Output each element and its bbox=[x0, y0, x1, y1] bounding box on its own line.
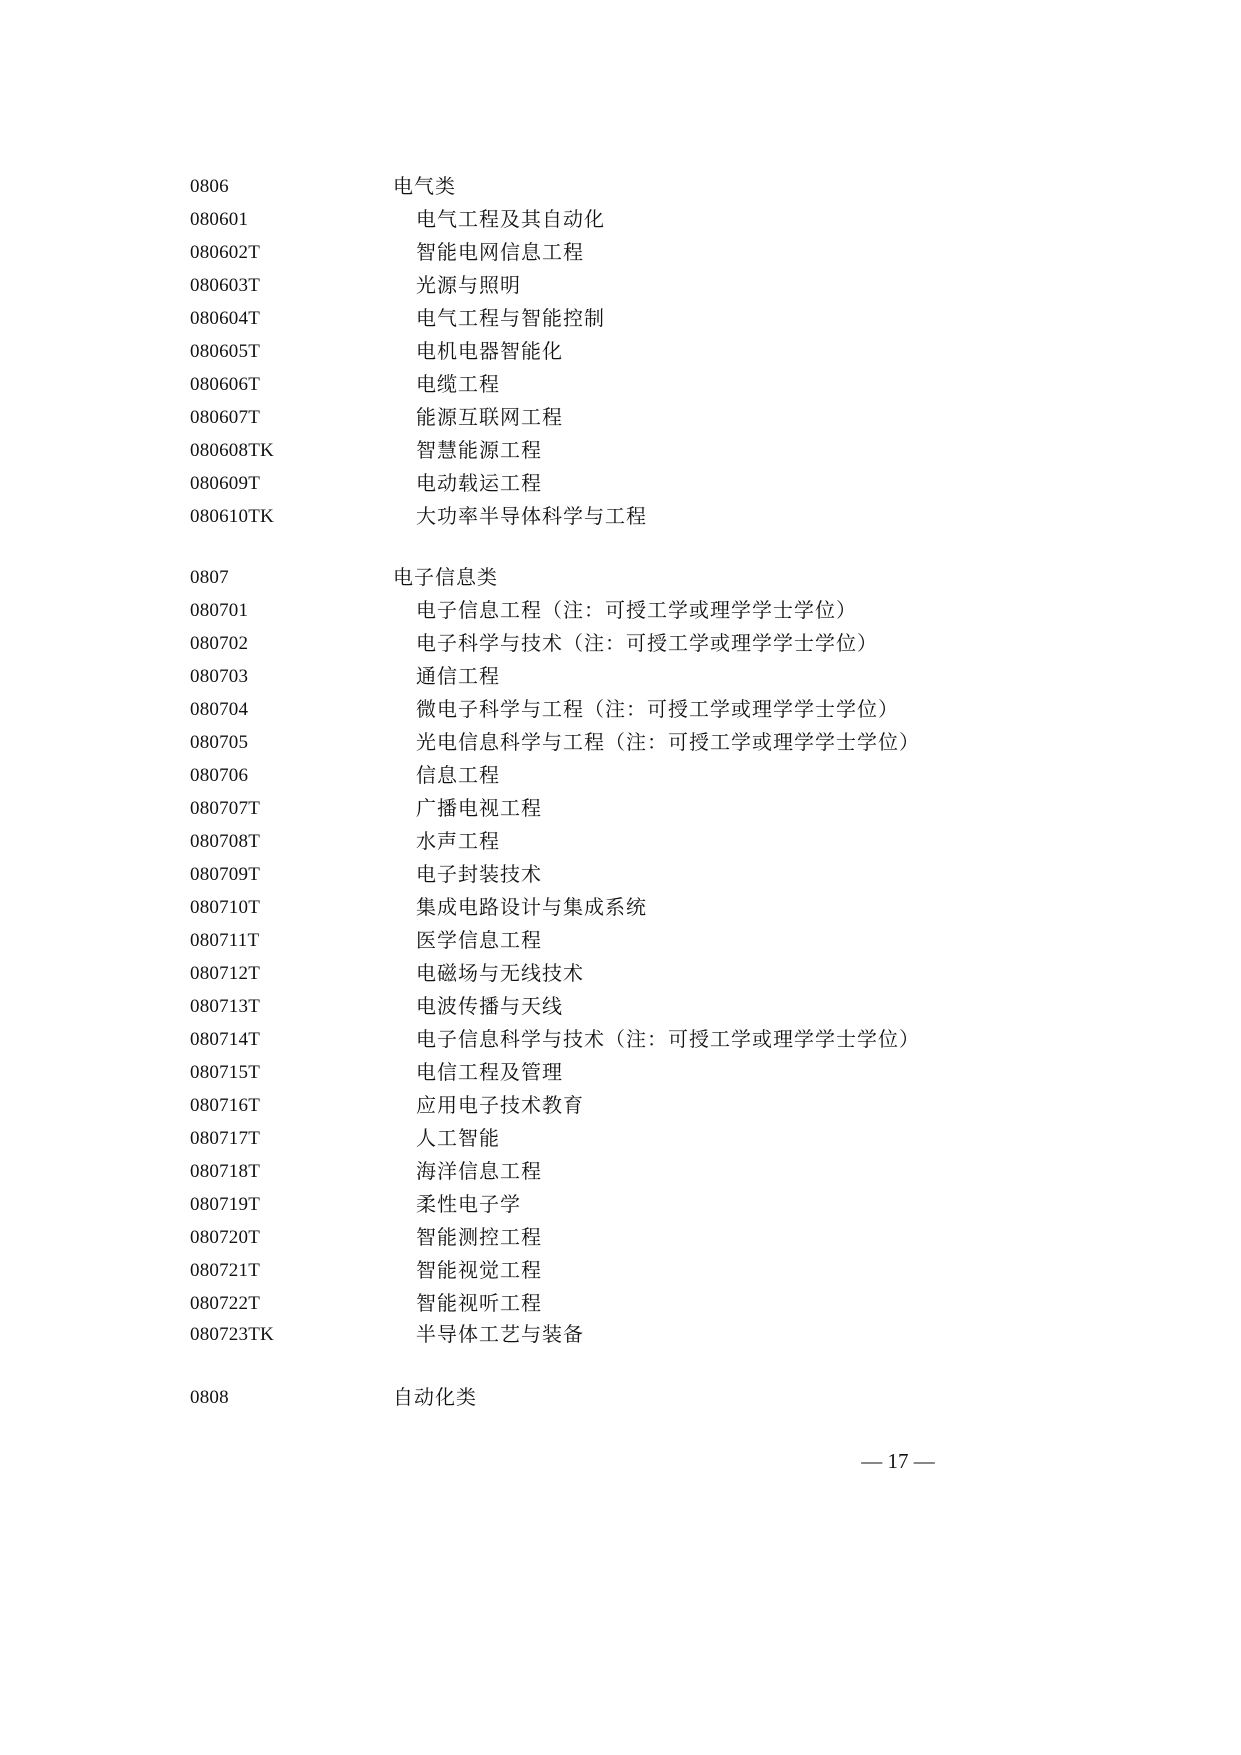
major-row: 080609T 电动载运工程 bbox=[0, 467, 1241, 500]
major-code: 080723TK bbox=[190, 1318, 274, 1351]
major-row: 080719T 柔性电子学 bbox=[0, 1188, 1241, 1221]
category-row: 0807 电子信息类 bbox=[0, 561, 1241, 594]
major-row: 080701 电子信息工程（注：可授工学或理学学士学位） bbox=[0, 594, 1241, 627]
major-code: 080606T bbox=[190, 368, 260, 401]
major-row: 080603T 光源与照明 bbox=[0, 269, 1241, 302]
major-code: 080715T bbox=[190, 1056, 260, 1089]
major-name: 电缆工程 bbox=[416, 368, 500, 401]
major-row: 080704 微电子科学与工程（注：可授工学或理学学士学位） bbox=[0, 693, 1241, 726]
category-name: 电气类 bbox=[393, 170, 456, 203]
major-name: 电信工程及管理 bbox=[416, 1056, 563, 1089]
major-row: 080605T 电机电器智能化 bbox=[0, 335, 1241, 368]
major-name: 光电信息科学与工程（注：可授工学或理学学士学位） bbox=[416, 726, 920, 759]
major-name: 光源与照明 bbox=[416, 269, 521, 302]
major-name: 半导体工艺与装备 bbox=[416, 1318, 584, 1351]
major-row: 080720T 智能测控工程 bbox=[0, 1221, 1241, 1254]
major-code: 080719T bbox=[190, 1188, 260, 1221]
major-name: 通信工程 bbox=[416, 660, 500, 693]
major-name: 智能视觉工程 bbox=[416, 1254, 542, 1287]
major-name: 微电子科学与工程（注：可授工学或理学学士学位） bbox=[416, 693, 899, 726]
page-number: — 17 — bbox=[850, 1446, 946, 1476]
major-row: 080716T 应用电子技术教育 bbox=[0, 1089, 1241, 1122]
major-row: 080711T 医学信息工程 bbox=[0, 924, 1241, 957]
major-code: 080711T bbox=[190, 924, 259, 957]
major-code: 080712T bbox=[190, 957, 260, 990]
major-row: 080712T 电磁场与无线技术 bbox=[0, 957, 1241, 990]
major-code: 080718T bbox=[190, 1155, 260, 1188]
major-code: 080602T bbox=[190, 236, 260, 269]
major-name: 电气工程与智能控制 bbox=[416, 302, 605, 335]
major-row: 080715T 电信工程及管理 bbox=[0, 1056, 1241, 1089]
major-row: 080718T 海洋信息工程 bbox=[0, 1155, 1241, 1188]
major-name: 智能视听工程 bbox=[416, 1287, 542, 1320]
major-row: 080708T 水声工程 bbox=[0, 825, 1241, 858]
category-code: 0807 bbox=[190, 561, 229, 594]
major-code: 080708T bbox=[190, 825, 260, 858]
major-name: 大功率半导体科学与工程 bbox=[416, 500, 647, 533]
major-name: 医学信息工程 bbox=[416, 924, 542, 957]
major-code: 080610TK bbox=[190, 500, 274, 533]
major-name: 电机电器智能化 bbox=[416, 335, 563, 368]
major-code: 080701 bbox=[190, 594, 248, 627]
major-name: 广播电视工程 bbox=[416, 792, 542, 825]
major-code: 080710T bbox=[190, 891, 260, 924]
major-name: 水声工程 bbox=[416, 825, 500, 858]
major-row: 080703 通信工程 bbox=[0, 660, 1241, 693]
major-row: 080714T 电子信息科学与技术（注：可授工学或理学学士学位） bbox=[0, 1023, 1241, 1056]
major-code: 080706 bbox=[190, 759, 248, 792]
major-row: 080606T 电缆工程 bbox=[0, 368, 1241, 401]
document-page: 0806 电气类 080601 电气工程及其自动化 080602T 智能电网信息… bbox=[0, 0, 1241, 1755]
major-code: 080703 bbox=[190, 660, 248, 693]
major-name: 智能电网信息工程 bbox=[416, 236, 584, 269]
major-name: 柔性电子学 bbox=[416, 1188, 521, 1221]
major-code: 080722T bbox=[190, 1287, 260, 1320]
major-name: 电波传播与天线 bbox=[416, 990, 563, 1023]
major-name: 能源互联网工程 bbox=[416, 401, 563, 434]
category-code: 0808 bbox=[190, 1381, 229, 1414]
major-code: 080603T bbox=[190, 269, 260, 302]
major-code: 080605T bbox=[190, 335, 260, 368]
major-name: 电气工程及其自动化 bbox=[416, 203, 605, 236]
major-name: 电动载运工程 bbox=[416, 467, 542, 500]
major-name: 电子信息科学与技术（注：可授工学或理学学士学位） bbox=[416, 1023, 920, 1056]
category-name: 电子信息类 bbox=[393, 561, 498, 594]
major-name: 人工智能 bbox=[416, 1122, 500, 1155]
major-code: 080707T bbox=[190, 792, 260, 825]
major-code: 080709T bbox=[190, 858, 260, 891]
major-name: 信息工程 bbox=[416, 759, 500, 792]
major-name: 集成电路设计与集成系统 bbox=[416, 891, 647, 924]
category-code: 0806 bbox=[190, 170, 229, 203]
major-name: 电子信息工程（注：可授工学或理学学士学位） bbox=[416, 594, 857, 627]
major-name: 智能测控工程 bbox=[416, 1221, 542, 1254]
major-row: 080713T 电波传播与天线 bbox=[0, 990, 1241, 1023]
major-code: 080721T bbox=[190, 1254, 260, 1287]
major-row: 080706 信息工程 bbox=[0, 759, 1241, 792]
major-row: 080608TK 智慧能源工程 bbox=[0, 434, 1241, 467]
category-name: 自动化类 bbox=[393, 1381, 477, 1414]
major-row: 080610TK 大功率半导体科学与工程 bbox=[0, 500, 1241, 533]
major-row: 080723TK 半导体工艺与装备 bbox=[0, 1318, 1241, 1351]
major-code: 080609T bbox=[190, 467, 260, 500]
major-code: 080704 bbox=[190, 693, 248, 726]
category-row: 0806 电气类 bbox=[0, 170, 1241, 203]
major-code: 080720T bbox=[190, 1221, 260, 1254]
major-row: 080717T 人工智能 bbox=[0, 1122, 1241, 1155]
major-code: 080716T bbox=[190, 1089, 260, 1122]
major-row: 080607T 能源互联网工程 bbox=[0, 401, 1241, 434]
major-name: 电磁场与无线技术 bbox=[416, 957, 584, 990]
major-row: 080702 电子科学与技术（注：可授工学或理学学士学位） bbox=[0, 627, 1241, 660]
major-code: 080607T bbox=[190, 401, 260, 434]
major-row: 080721T 智能视觉工程 bbox=[0, 1254, 1241, 1287]
major-row: 080601 电气工程及其自动化 bbox=[0, 203, 1241, 236]
major-row: 080722T 智能视听工程 bbox=[0, 1287, 1241, 1320]
major-code: 080702 bbox=[190, 627, 248, 660]
major-code: 080608TK bbox=[190, 434, 274, 467]
category-row: 0808 自动化类 bbox=[0, 1381, 1241, 1414]
major-code: 080705 bbox=[190, 726, 248, 759]
major-name: 海洋信息工程 bbox=[416, 1155, 542, 1188]
major-name: 应用电子技术教育 bbox=[416, 1089, 584, 1122]
major-row: 080604T 电气工程与智能控制 bbox=[0, 302, 1241, 335]
major-row: 080602T 智能电网信息工程 bbox=[0, 236, 1241, 269]
major-code: 080714T bbox=[190, 1023, 260, 1056]
major-name: 智慧能源工程 bbox=[416, 434, 542, 467]
major-code: 080713T bbox=[190, 990, 260, 1023]
major-name: 电子封装技术 bbox=[416, 858, 542, 891]
major-row: 080707T 广播电视工程 bbox=[0, 792, 1241, 825]
major-row: 080709T 电子封装技术 bbox=[0, 858, 1241, 891]
major-code: 080604T bbox=[190, 302, 260, 335]
major-code: 080717T bbox=[190, 1122, 260, 1155]
major-row: 080710T 集成电路设计与集成系统 bbox=[0, 891, 1241, 924]
major-code: 080601 bbox=[190, 203, 248, 236]
major-row: 080705 光电信息科学与工程（注：可授工学或理学学士学位） bbox=[0, 726, 1241, 759]
major-name: 电子科学与技术（注：可授工学或理学学士学位） bbox=[416, 627, 878, 660]
